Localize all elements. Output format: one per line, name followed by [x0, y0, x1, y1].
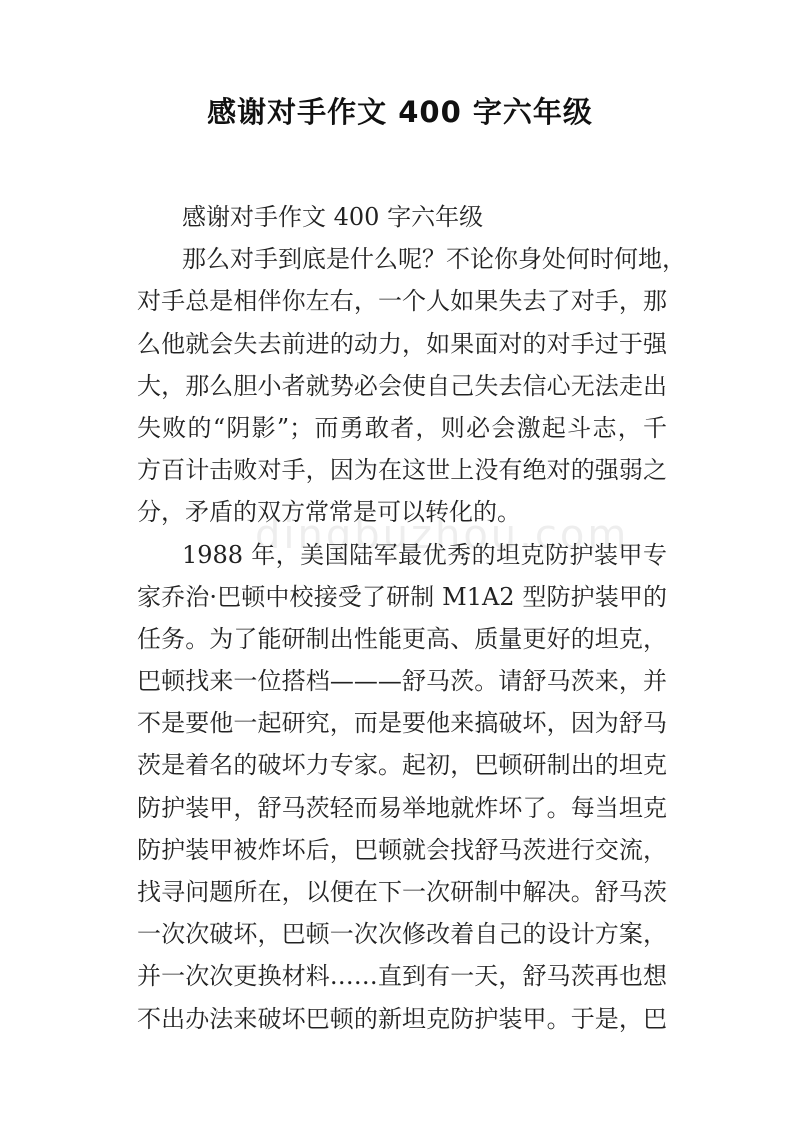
paragraph-1: 那么对手到底是什么呢？不论你身处何时何地， 对手总是相伴你左右，一个人如果失去了… — [137, 238, 667, 533]
document-subtitle: 感谢对手作文 400 字六年级 — [137, 196, 667, 238]
paragraph-line: 分，矛盾的双方常常是可以转化的。 — [137, 491, 667, 533]
paragraph-line: 家乔治·巴顿中校接受了研制 M1A2 型防护装甲的 — [137, 576, 667, 618]
paragraph-line: 那么对手到底是什么呢？不论你身处何时何地， — [137, 238, 667, 280]
paragraph-line: 找寻问题所在，以便在下一次研制中解决。舒马茨 — [137, 871, 667, 913]
paragraph-line: 对手总是相伴你左右，一个人如果失去了对手，那 — [137, 280, 667, 322]
paragraph-line: 么他就会失去前进的动力，如果面对的对手过于强 — [137, 323, 667, 365]
paragraph-line: 防护装甲，舒马茨轻而易举地就炸坏了。每当坦克 — [137, 787, 667, 829]
document-page: 感谢对手作文 400 字六年级 dingbuzhou.com 感谢对手作文 40… — [0, 0, 800, 1132]
paragraph-line: 茨是着名的破坏力专家。起初，巴顿研制出的坦克 — [137, 744, 667, 786]
paragraph-2: 1988 年，美国陆军最优秀的坦克防护装甲专 家乔治·巴顿中校接受了研制 M1A… — [137, 534, 667, 1040]
paragraph-line: 巴顿找来一位搭档———舒马茨。请舒马茨来，并 — [137, 660, 667, 702]
paragraph-line: 失败的“阴影”；而勇敢者，则必会激起斗志，千 — [137, 407, 667, 449]
paragraph-line: 方百计击败对手，因为在这世上没有绝对的强弱之 — [137, 449, 667, 491]
paragraph-line: 大，那么胆小者就势必会使自己失去信心无法走出 — [137, 365, 667, 407]
paragraph-line: 任务。为了能研制出性能更高、质量更好的坦克， — [137, 618, 667, 660]
paragraph-line: 一次次破坏，巴顿一次次修改着自己的设计方案， — [137, 913, 667, 955]
paragraph-line: 1988 年，美国陆军最优秀的坦克防护装甲专 — [137, 534, 667, 576]
document-body: 感谢对手作文 400 字六年级 那么对手到底是什么呢？不论你身处何时何地， 对手… — [137, 196, 667, 1040]
paragraph-line: 不出办法来破坏巴顿的新坦克防护装甲。于是，巴 — [137, 998, 667, 1040]
paragraph-line: 不是要他一起研究，而是要他来搞破坏，因为舒马 — [137, 702, 667, 744]
document-title: 感谢对手作文 400 字六年级 — [0, 92, 800, 132]
paragraph-line: 防护装甲被炸坏后，巴顿就会找舒马茨进行交流， — [137, 829, 667, 871]
paragraph-line: 并一次次更换材料……直到有一天，舒马茨再也想 — [137, 955, 667, 997]
